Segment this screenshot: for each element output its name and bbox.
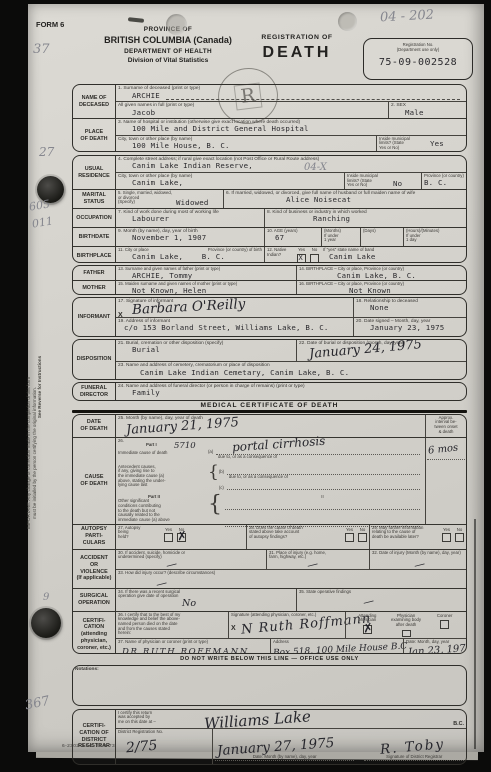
- cause-c-label: (c): [219, 486, 224, 491]
- section-district-registrar: CERTIFI- CATION OF DISTRICT REGISTRAR: [73, 710, 116, 764]
- registrar-bc-label: B.C.: [453, 721, 464, 727]
- registration-of-label: REGISTRATION OF: [224, 34, 370, 41]
- industry-value: Ranching: [313, 215, 464, 223]
- age-under-day-label: If under 1 day: [406, 234, 464, 243]
- marital-status-label: 5. Single, married, widowed, or divorced…: [118, 191, 174, 207]
- dotted-line: [427, 459, 465, 460]
- section-surgical-operation: SURGICAL OPERATION: [73, 589, 116, 611]
- autopsy-q27-label: 27. Autopsy being held?: [118, 526, 158, 548]
- coroner-checkbox: [440, 620, 449, 629]
- father-birthplace-value: Canim Lake, B. C.: [337, 272, 464, 280]
- form-body: NAME OF DECEASED 1. Surname of deceased …: [72, 84, 467, 765]
- interval-a-value: 6 mos: [428, 442, 459, 456]
- examining-checkbox: [402, 630, 411, 637]
- section-place-of-death: PLACE OF DEATH: [73, 119, 116, 152]
- native-indian-label: 12. Native Indian?: [267, 248, 293, 263]
- section-informant: INFORMANT: [73, 298, 116, 336]
- birthdate-value: November 1, 1907: [132, 234, 262, 242]
- antecedent-label: Antecedent causes, if any, giving rise t…: [118, 465, 204, 489]
- spouse-value: Alice Noisecat: [286, 196, 464, 204]
- q28-no-checkbox: [358, 533, 367, 542]
- native-no-checkbox: [310, 254, 319, 263]
- district-registrar-box: CERTIFI- CATION OF DISTRICT REGISTRAR I …: [72, 709, 467, 765]
- section-marital-status: MARITAL STATUS: [73, 190, 116, 208]
- due-to-label-1: due to, or as a consequence of: [218, 455, 423, 460]
- notations-label: Notations:: [75, 667, 464, 672]
- residence-inside-limits-value: No: [393, 180, 402, 188]
- section-cause-of-death: CAUSE OF DEATH: [73, 438, 116, 524]
- funeral-director-box: FUNERAL DIRECTOR 24. Name and address of…: [72, 382, 467, 401]
- part2-desc-label: Other significant conditions contributin…: [118, 499, 204, 523]
- cause-b-label: (b): [219, 470, 224, 475]
- residence-inside-limits-label: Inside municipal limits? (State Yes or N…: [347, 174, 391, 188]
- birthplace-value: Canim Lake, B. C.: [132, 253, 262, 261]
- section-father: FATHER: [73, 266, 116, 280]
- physician-name-value: DR RUTH ROFFMANN: [122, 647, 249, 654]
- pencil-note-37: 37: [33, 42, 50, 57]
- coroner-label: Coroner: [437, 614, 453, 619]
- dotted-line: [227, 482, 420, 490]
- surgical-q35-label: 35. State operative findings: [299, 590, 464, 595]
- registration-number-label: Registration No. (Department use only): [364, 42, 472, 52]
- registrar-sig-label: Signature of District Registrar: [364, 755, 464, 760]
- punch-hole-bottom: [31, 608, 61, 638]
- physician-name-label: 37. Name of physician or coroner (print …: [118, 640, 268, 645]
- native-yes-mark: X: [299, 254, 303, 262]
- q29-yes-checkbox: [442, 533, 451, 542]
- father-name-value: ARCHIE, Tommy: [132, 272, 294, 280]
- cemetery-value: Canim Lake Indian Cemetary, Canim Lake, …: [140, 369, 464, 377]
- brace-glyph: {: [208, 465, 219, 493]
- accident-q31-label: 31. Place of injury (e.g. home, farm, hi…: [269, 551, 367, 560]
- death-registration-scan: FORM 6 PROVINCE OF BRITISH COLUMBIA (Can…: [0, 0, 491, 772]
- age-days-label: (Days): [363, 229, 401, 234]
- medical-certificate-box: DATE OF DEATH 25. Month (by name), day, …: [72, 414, 467, 654]
- informant-signature-value: Barbara O'Reilly: [132, 297, 246, 318]
- section-usual-residence: USUAL RESIDENCE: [73, 156, 116, 189]
- registrar-accepted-label: I certify this return was accepted by me…: [118, 711, 180, 727]
- cert-statement: 36. I certify that to the best of my kno…: [118, 613, 226, 637]
- due-to-label-2: due to, or as a consequence of: [229, 475, 423, 480]
- q27-no-checkbox: ✗: [177, 533, 186, 542]
- native-yes-checkbox: X: [297, 254, 306, 263]
- surgical-q34-label: 34. If there was a recent surgical opera…: [118, 590, 294, 599]
- mother-birthplace-value: Not Known: [349, 287, 464, 295]
- name-place-box: NAME OF DECEASED 1. Surname of deceased …: [72, 84, 467, 152]
- section-birthplace: BIRTHPLACE: [73, 247, 116, 263]
- native-no-label: No: [312, 248, 318, 253]
- death-inside-limits-value: Yes: [430, 140, 444, 148]
- pencil-note-9: 9: [43, 592, 49, 603]
- section-accident-violence: ACCIDENT OR VIOLENCE (If applicable): [73, 550, 116, 588]
- q27-yes-checkbox: [164, 533, 173, 542]
- q28-yes-checkbox: [345, 533, 354, 542]
- accident-q32-label: 32. Date of injury (Month (by name), day…: [372, 551, 464, 556]
- interval-header: Approx. interval be- tween onset & death: [427, 416, 465, 435]
- residence-province-value: B. C.: [424, 179, 464, 187]
- age-value: 67: [275, 234, 319, 242]
- accident-q30-label: 30. If accident, suicide, homicide or un…: [118, 551, 264, 560]
- funeral-director-value: Family: [132, 389, 464, 397]
- cert-sig-x: X: [231, 625, 236, 632]
- section-mother: MOTHER: [73, 281, 116, 295]
- q29-yes-label: Yes: [443, 528, 450, 533]
- registration-number-box: Registration No. (Department use only) 7…: [363, 38, 473, 80]
- autopsy-q29-label: 29. May further information relating to …: [372, 526, 438, 548]
- medical-certificate-title: MEDICAL CERTIFICATE OF DEATH: [72, 402, 467, 409]
- immediate-cause-label: Immediate cause of death: [118, 451, 204, 456]
- section-physician-certification: CERTIFI- CATION (attending physician, co…: [73, 612, 116, 654]
- marital-status-value: Widowed: [176, 199, 209, 207]
- sheet-edge-line: [474, 519, 476, 749]
- section-disposition: DISPOSITION: [73, 340, 116, 379]
- autopsy-q28-label: 28. Does the cause of death stated above…: [249, 526, 341, 548]
- residence-city-value: Canim Lake,: [132, 179, 342, 187]
- hospital-value: 100 Mile and District General Hospital: [132, 125, 464, 133]
- notations-box: Notations:: [72, 665, 467, 706]
- q29-no-checkbox: [455, 533, 464, 542]
- q28-no-label: No: [360, 528, 366, 533]
- residence-birth-box: USUAL RESIDENCE 4. Complete street addre…: [72, 155, 467, 263]
- age-under-year-label: If under 1 year: [324, 234, 358, 243]
- native-yes-label: Yes: [298, 248, 305, 253]
- section-birthdate: BIRTHDATE: [73, 228, 116, 246]
- q28-yes-label: Yes: [346, 528, 353, 533]
- section-date-of-death: DATE OF DEATH: [73, 415, 116, 437]
- surname-value: ARCHIE: [132, 92, 160, 100]
- pencil-note-367: 367: [24, 694, 51, 714]
- pencil-note-27: 27: [39, 145, 54, 159]
- accident-q33-label: 33. How did injury occur? (describe circ…: [118, 571, 464, 576]
- dashed-rule: [166, 91, 460, 100]
- pencil-note-011: 011: [31, 214, 54, 230]
- death-inside-limits-label: Inside municipal limits? (State Yes or N…: [379, 137, 427, 151]
- q27-yes-label: Yes: [165, 528, 172, 533]
- district-regno-label: District Registration No.: [118, 730, 210, 735]
- disposition-box: DISPOSITION 21. Burial, cremation or oth…: [72, 339, 467, 380]
- surgical-answer: No: [182, 598, 196, 609]
- ink-smudge: [128, 17, 144, 23]
- examining-physician-label: Physician examining body after death: [391, 614, 421, 628]
- part2-column-mark: II: [222, 495, 423, 500]
- district-regno-value: 2/75: [125, 737, 158, 756]
- section-occupation: OCCUPATION: [73, 209, 116, 227]
- important-note: IMPORTANT: Any change or correction made…: [26, 354, 38, 552]
- punch-hole-faint-left: [166, 14, 187, 35]
- form-print-code: 6-2302-3.14: 26-6-73: [62, 744, 115, 749]
- punch-hole-faint-right: [338, 12, 357, 31]
- work-value: Labourer: [132, 215, 262, 223]
- sex-value: Male: [405, 109, 464, 117]
- document-paper: FORM 6 PROVINCE OF BRITISH COLUMBIA (Can…: [28, 4, 484, 752]
- disposition-type-value: Burial: [132, 346, 294, 354]
- heavy-divider-bar: [72, 410, 467, 413]
- pencil-note-605: 605: [28, 197, 51, 213]
- cause-a-label: (a): [208, 450, 213, 455]
- mother-name-value: Not Known, Helen: [132, 287, 294, 295]
- informant-box: INFORMANT 17. Signature of informant X B…: [72, 297, 467, 337]
- brace-glyph: {: [208, 495, 222, 523]
- q29-no-label: No: [457, 528, 463, 533]
- dotted-line: [225, 502, 420, 510]
- q27-no-mark: ✗: [176, 529, 188, 544]
- parents-box: FATHER 13. Surname and given names of fa…: [72, 265, 467, 295]
- part1-code: 5710: [174, 441, 196, 451]
- registration-of-death-title: REGISTRATION OF DEATH: [224, 34, 370, 62]
- death-city-value: 100 Mile House, B. C.: [132, 142, 374, 150]
- do-not-write-line: DO NOT WRITE BELOW THIS LINE — OFFICE US…: [72, 654, 467, 665]
- section-funeral-director: FUNERAL DIRECTOR: [73, 383, 116, 400]
- section-autopsy: AUTOPSY PARTI- CULARS: [73, 525, 116, 549]
- given-names-value: Jacob: [132, 109, 386, 117]
- residence-address-value: Canim Lake Indian Reserve,: [132, 162, 464, 170]
- relationship-value: None: [370, 304, 464, 312]
- q35-dash-mark: —: [362, 593, 376, 608]
- informant-date-value: January 23, 1975: [370, 324, 464, 332]
- informant-address-value: c/o 153 Borland Street, Williams Lake, B…: [124, 324, 351, 332]
- handwritten-file-number: 04 - 202: [380, 8, 435, 26]
- registration-number-value: 75-09-002528: [364, 57, 472, 68]
- attending-mark: ✗: [362, 620, 374, 636]
- attending-checkbox: ✗: [363, 625, 372, 634]
- section-name-of-deceased: NAME OF DECEASED: [73, 85, 116, 118]
- form-number: FORM 6: [36, 20, 64, 29]
- band-value: Canim Lake: [329, 253, 464, 261]
- death-title: DEATH: [224, 44, 370, 62]
